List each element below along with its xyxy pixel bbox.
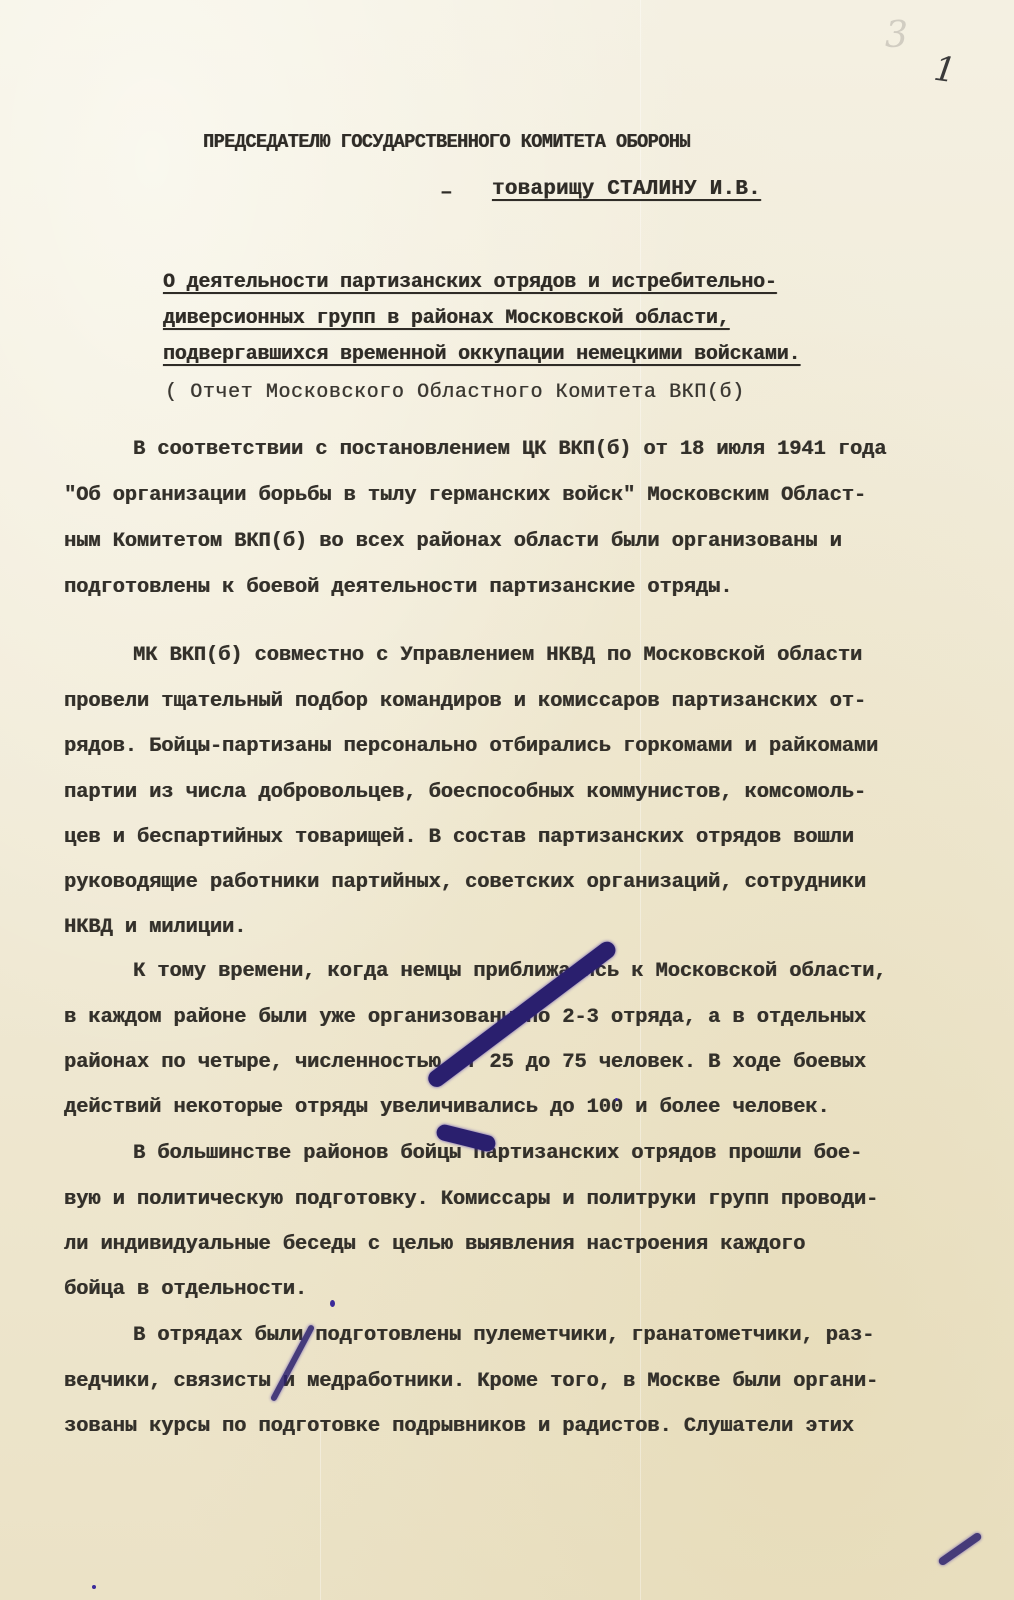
salutation-dash: – — [440, 182, 453, 205]
body-line: провели тщательный подбор командиров и к… — [64, 690, 866, 713]
body-line: действий некоторые отряды увеличивались … — [64, 1096, 830, 1119]
ink-stray-mark — [937, 1531, 983, 1566]
document-page: 3 1 ПРЕДСЕДАТЕЛЮ ГОСУДАРСТВЕННОГО КОМИТЕ… — [0, 0, 1014, 1600]
subject-line: О деятельности партизанских отрядов и ис… — [163, 271, 777, 294]
salutation: товарищу СТАЛИНУ И.В. — [492, 178, 761, 201]
body-line: ли индивидуальные беседы с целью выявлен… — [64, 1233, 805, 1256]
body-line: ным Комитетом ВКП(б) во всех районах обл… — [64, 530, 842, 553]
addressee-heading: ПРЕДСЕДАТЕЛЮ ГОСУДАРСТВЕННОГО КОМИТЕТА О… — [203, 131, 690, 153]
body-line: МК ВКП(б) совместно с Управлением НКВД п… — [133, 644, 862, 667]
body-line: рядов. Бойцы-партизаны персонально отбир… — [64, 735, 878, 758]
faint-pencil-mark: 3 — [885, 15, 908, 56]
body-line: цев и беспартийных товарищей. В состав п… — [64, 826, 854, 849]
body-line: в каждом районе были уже организованы по… — [64, 1006, 866, 1029]
body-line: В соответствии с постановлением ЦК ВКП(б… — [133, 438, 886, 461]
body-line: В большинстве районов бойцы партизанских… — [133, 1142, 862, 1165]
subject-line: подвергавшихся временной оккупации немец… — [163, 343, 800, 366]
body-line: бойца в отдельности. — [64, 1278, 307, 1301]
body-line: подготовлены к боевой деятельности парти… — [64, 576, 732, 599]
body-line: руководящие работники партийных, советск… — [64, 871, 866, 894]
body-line: вую и политическую подготовку. Комиссары… — [64, 1188, 878, 1211]
ink-dot — [615, 1098, 618, 1101]
subject-line: диверсионных групп в районах Московской … — [163, 307, 730, 330]
ink-dot — [92, 1585, 96, 1589]
paper-crease — [320, 1420, 321, 1600]
body-line: зованы курсы по подготовке подрывников и… — [64, 1415, 854, 1438]
body-line: НКВД и милиции. — [64, 916, 246, 939]
page-number: 1 — [931, 49, 958, 92]
body-line: К тому времени, когда немцы приближались… — [133, 960, 886, 983]
body-line: ведчики, связисты и медработники. Кроме … — [64, 1370, 878, 1393]
body-line: партии из числа добровольцев, боеспособн… — [64, 781, 866, 804]
report-subtitle: ( Отчет Московского Областного Комитета … — [165, 381, 745, 404]
body-line: В отрядах были подготовлены пулеметчики,… — [133, 1324, 874, 1347]
ink-dot — [330, 1300, 335, 1307]
body-line: "Об организации борьбы в тылу германских… — [64, 484, 866, 507]
